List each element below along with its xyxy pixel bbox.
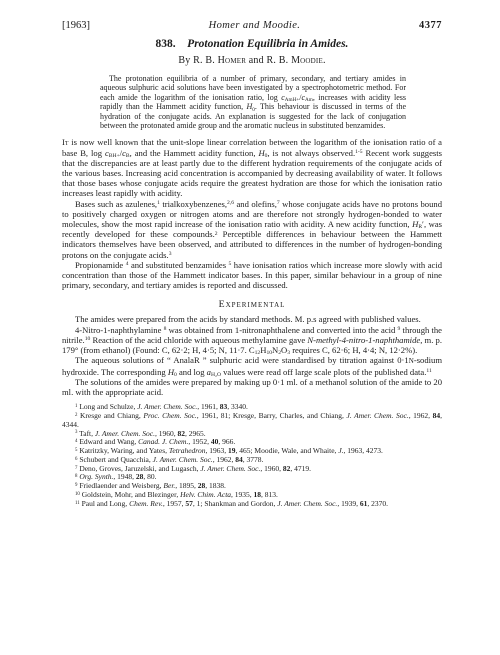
page-header: [1963] Homer and Moodie. 4377 — [62, 20, 442, 31]
body-paragraph-1: It is now well known that the unit-slope… — [62, 137, 442, 198]
experimental-paragraph-2: 4-Nitro-1-naphthylamine 8 was obtained f… — [62, 325, 442, 356]
footnotes: 1 Long and Schulze, J. Amer. Chem. Soc.,… — [62, 403, 442, 509]
journal-page: [1963] Homer and Moodie. 4377 838.Proton… — [0, 0, 500, 655]
article-title: 838.Protonation Equilibria in Amides. — [62, 38, 442, 50]
body-paragraph-2: Bases such as azulenes,1 trialkoxybenzen… — [62, 199, 442, 260]
header-year: [1963] — [62, 20, 90, 31]
footnote-2: 2 Kresge and Chiang, Proc. Chem. Soc., 1… — [62, 412, 442, 430]
experimental-paragraph-3: The aqueous solutions of “ AnalaR ” sulp… — [62, 355, 442, 376]
article-byline: By R. B. Homer and R. B. Moodie. — [62, 55, 442, 66]
header-page-number: 4377 — [419, 20, 442, 31]
experimental-paragraph-1: The amides were prepared from the acids … — [62, 314, 442, 324]
header-running-title: Homer and Moodie. — [209, 20, 301, 31]
footnote-11: 11 Paul and Long, Chem. Rev., 1957, 57, … — [62, 500, 442, 509]
abstract: The protonation equilibria of a number o… — [100, 74, 406, 130]
body-paragraph-3: Propionamide 4 and substituted benzamide… — [62, 260, 442, 291]
experimental-heading: Experimental — [62, 299, 442, 310]
experimental-paragraph-4: The solutions of the amides were prepare… — [62, 377, 442, 397]
